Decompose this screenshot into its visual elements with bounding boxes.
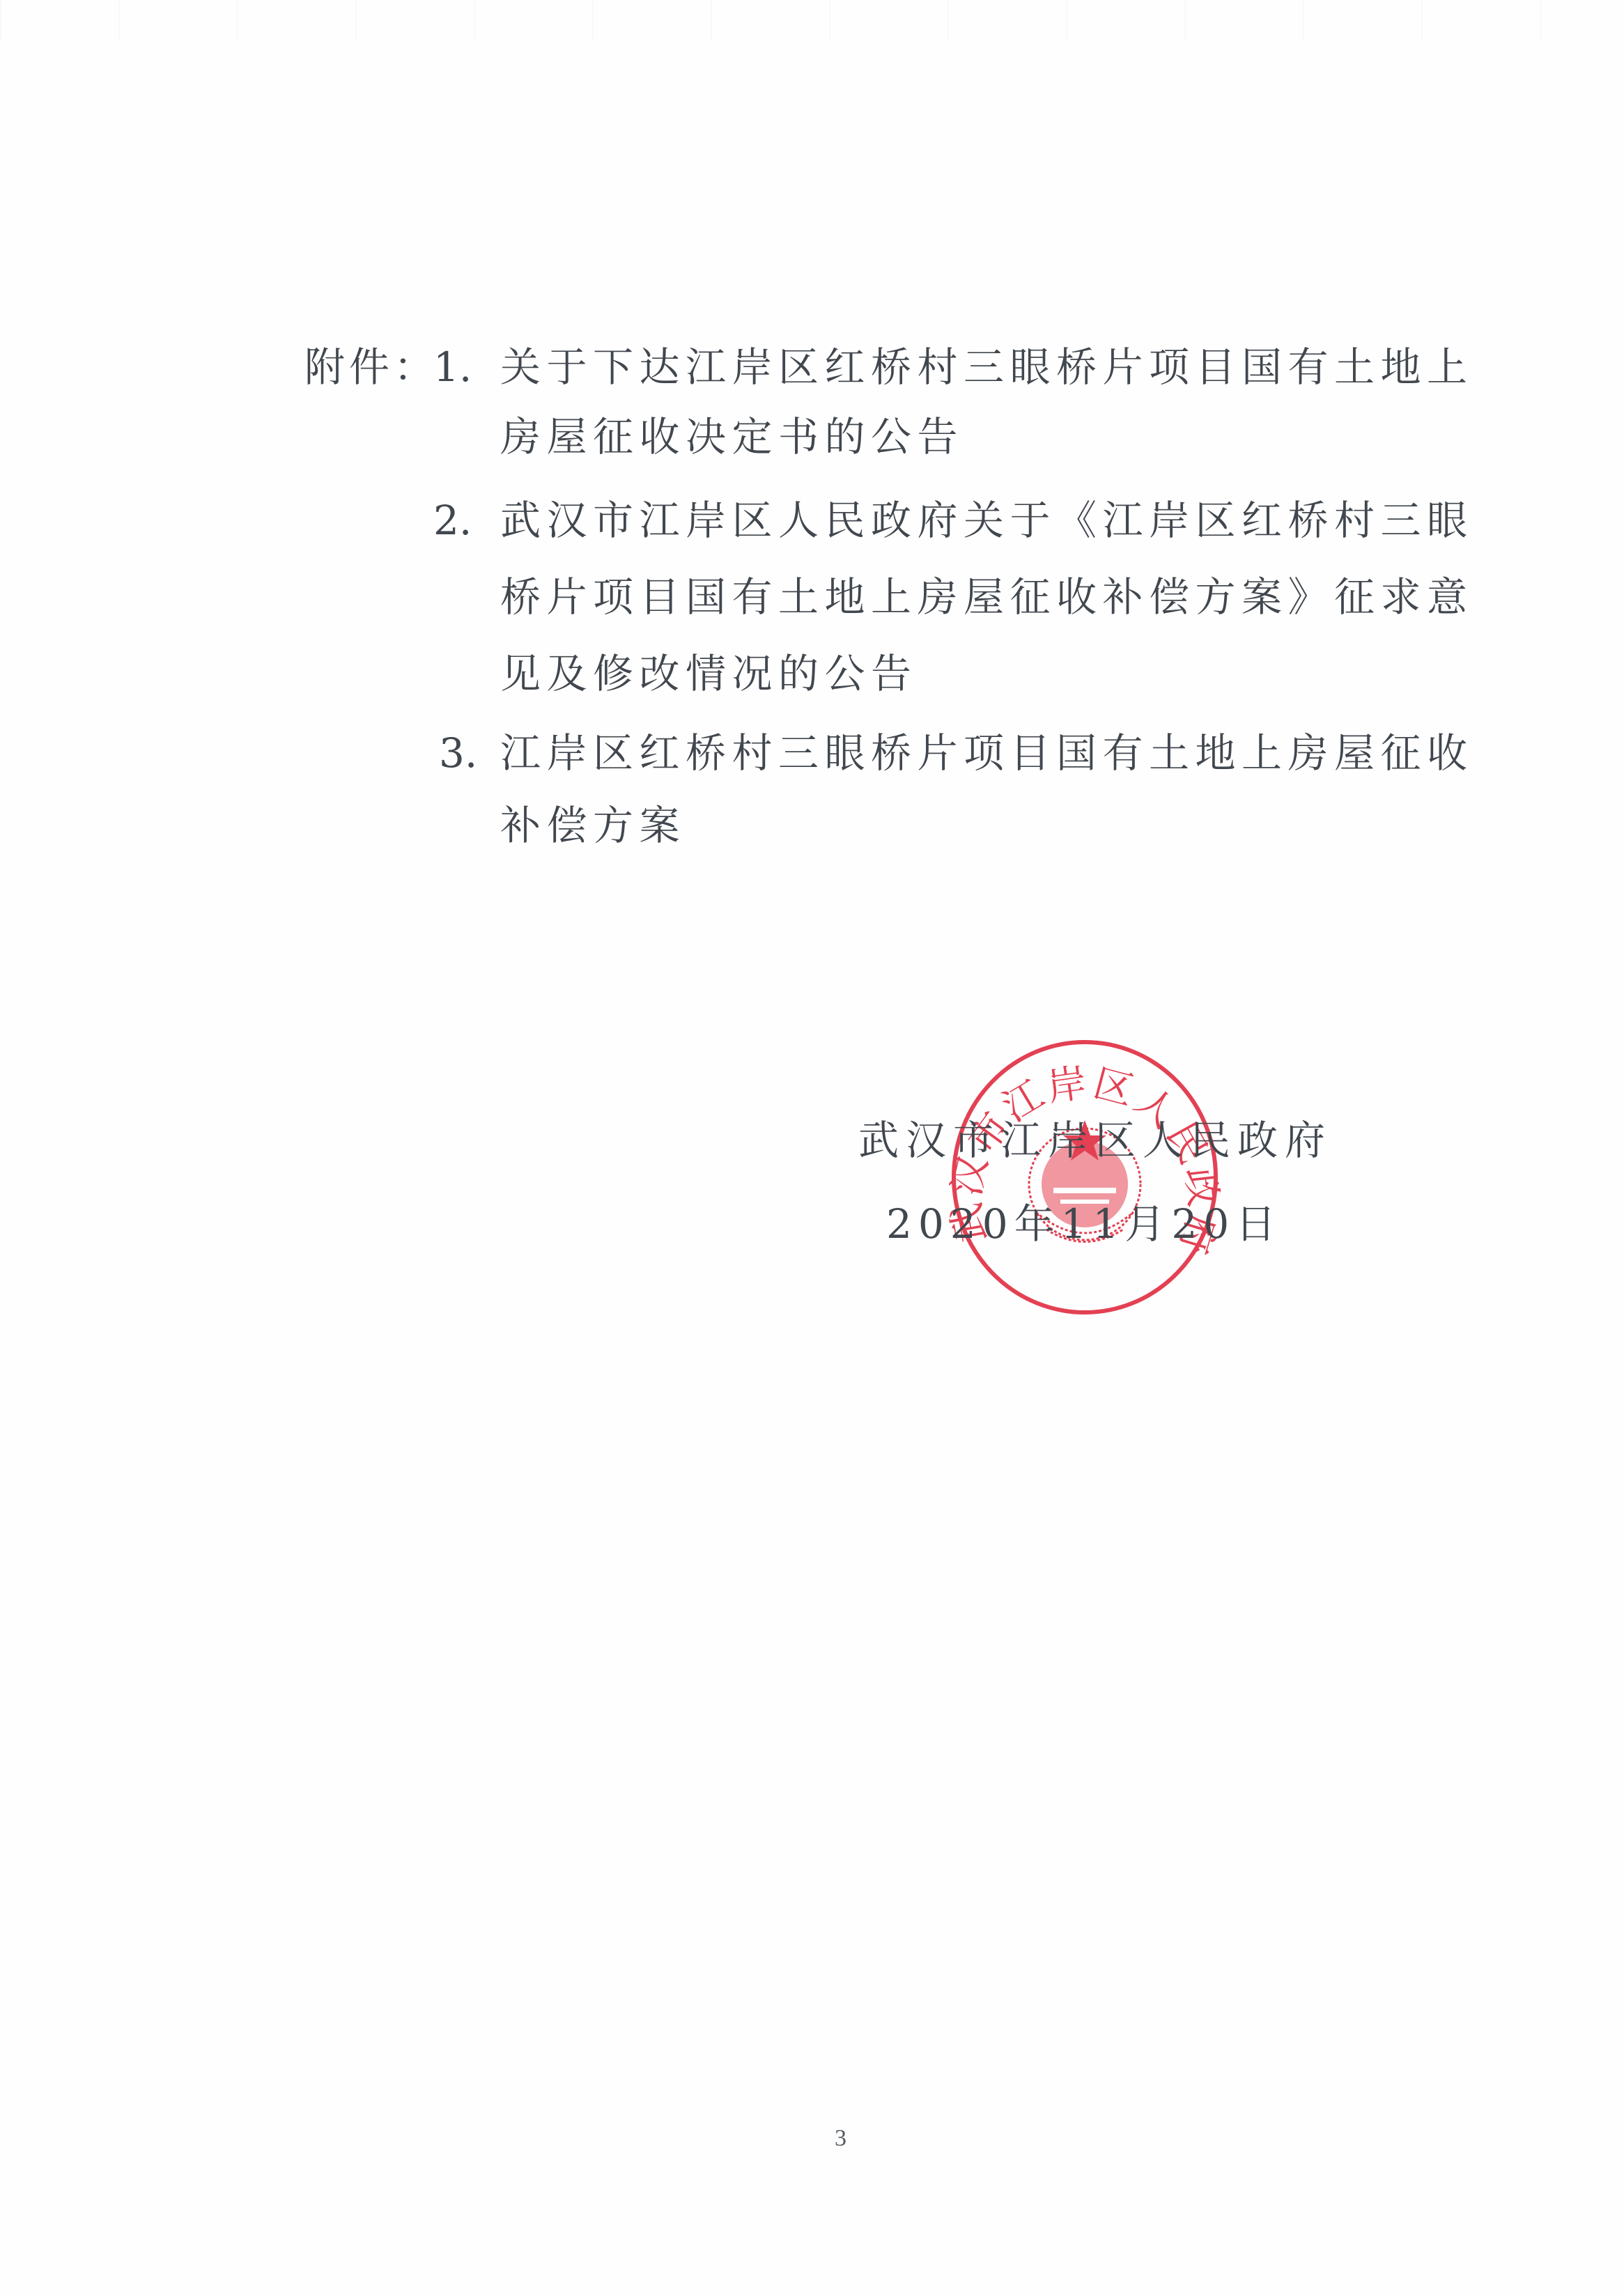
issue-date: 2020年11月20日: [886, 1200, 1282, 1248]
attachment-3-number: 3.: [439, 729, 477, 777]
attachment-3-line-1: 江岸区红桥村三眼桥片项目国有土地上房屋征收: [500, 729, 1474, 777]
issuer-signature: 武汉市江岸区人民政府: [858, 1116, 1332, 1165]
official-seal-stamp: 武汉市江岸区人民政府: [949, 1038, 1221, 1317]
attachment-1-line-1: 关于下达江岸区红桥村三眼桥片项目国有土地上: [500, 343, 1474, 391]
attachment-3-line-2: 补偿方案: [500, 801, 686, 850]
attachment-2-number: 2.: [433, 496, 472, 545]
document-page: 附件： 1. 关于下达江岸区红桥村三眼桥片项目国有土地上 房屋征收决定书的公告 …: [0, 0, 1624, 2296]
scan-artifact: [0, 0, 1624, 42]
attachment-1-line-2: 房屋征收决定书的公告: [500, 412, 964, 461]
attachment-2-line-1: 武汉市江岸区人民政府关于《江岸区红桥村三眼: [500, 496, 1474, 545]
page-number: 3: [835, 2125, 846, 2152]
attachment-2-line-2: 桥片项目国有土地上房屋征收补偿方案》征求意: [500, 573, 1474, 621]
attachment-1-number: 1.: [433, 343, 472, 391]
attachments-label: 附件：: [304, 343, 438, 391]
attachment-2-line-3: 见及修改情况的公告: [500, 649, 918, 698]
